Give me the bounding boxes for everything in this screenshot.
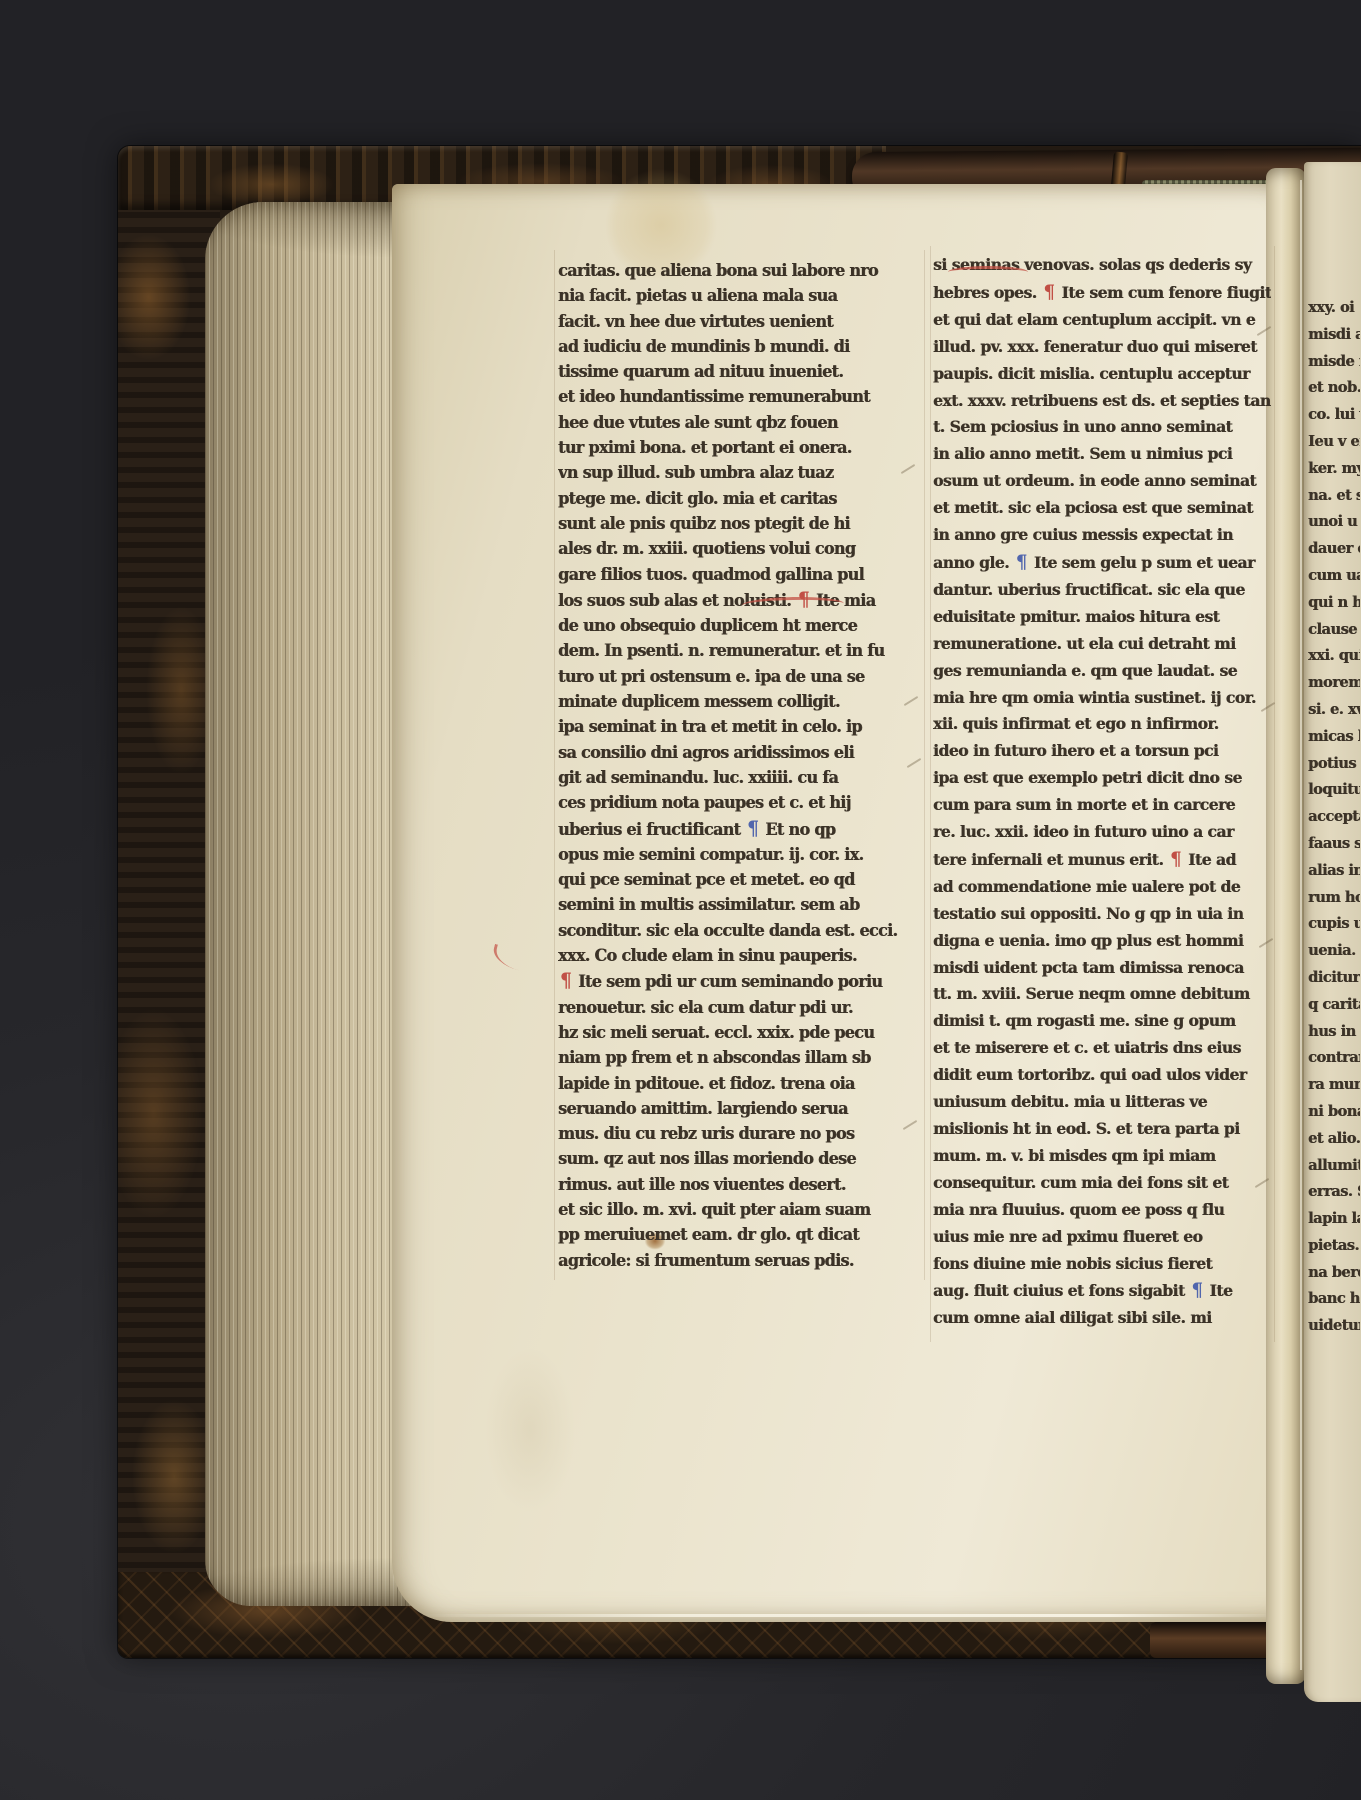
text-line: morem a bbox=[1308, 669, 1358, 696]
text-line: ces pridium nota paupes et c. et hij bbox=[558, 790, 911, 815]
text-line: hee due vtutes ale sunt qbz fouen bbox=[558, 410, 911, 435]
text-line: nia facit. pietas u aliena mala sua bbox=[558, 283, 911, 308]
text-line: facit. vn hee due virtutes uenient bbox=[558, 309, 911, 334]
text-line: xxy. oi bbox=[1308, 294, 1358, 321]
text-line: mus. diu cu rebz uris durare no pos bbox=[558, 1121, 911, 1146]
text-line: et ideo hundantissime remunerabunt bbox=[558, 384, 911, 409]
text-column-left: caritas. que aliena bona sui labore nron… bbox=[558, 258, 922, 1272]
text-line: et metit. sic ela pciosa est que seminat bbox=[933, 495, 1261, 522]
text-line: niam pp frem et n abscondas illam sb bbox=[558, 1045, 911, 1070]
text-line: turo ut pri ostensum e. ipa de una se bbox=[558, 664, 911, 689]
text-line: de uno obsequio duplicem ht merce bbox=[558, 613, 911, 638]
text-line: agricole: si frumentum seruas pdis. bbox=[558, 1248, 911, 1272]
text-line: los suos sub alas et noluisti. ¶ Ite mia bbox=[558, 587, 911, 613]
text-line: misdi uident pcta tam dimissa renoca bbox=[933, 955, 1261, 982]
text-line: minate duplicem messem colligit. bbox=[558, 689, 911, 714]
text-line: mia nra fluuius. quom ee poss q flu bbox=[933, 1197, 1261, 1224]
text-line: tur pximi bona. et portant ei onera. bbox=[558, 435, 911, 460]
text-line: cupis uo bbox=[1308, 910, 1358, 937]
text-line: in anno gre cuius messis expectat in bbox=[933, 522, 1261, 549]
text-line: cum ua bbox=[1308, 562, 1358, 589]
text-line: lapin lar bbox=[1308, 1205, 1358, 1232]
text-line: qui n hec bbox=[1308, 589, 1358, 616]
text-line: co. lui vr bbox=[1308, 401, 1358, 428]
text-line: et nob. p bbox=[1308, 374, 1358, 401]
text-line: aug. fluit ciuius et fons sigabit ¶ Ite bbox=[933, 1277, 1261, 1305]
parchment-stain bbox=[470, 1320, 590, 1540]
text-line: ext. xxxv. retribuens est ds. et septies… bbox=[933, 388, 1261, 415]
text-line: renouetur. sic ela cum datur pdi ur. bbox=[558, 995, 911, 1020]
manuscript-photograph: caritas. que aliena bona sui labore nron… bbox=[0, 0, 1361, 1800]
text-line: et qui dat elam centuplum accipit. vn e bbox=[933, 307, 1261, 334]
text-column-right: si seminas venovas. solas qs dederis syh… bbox=[933, 252, 1271, 1332]
text-line: git ad seminandu. luc. xxiiii. cu fa bbox=[558, 765, 911, 790]
text-line: testatio sui oppositi. No g qp in uia in bbox=[933, 901, 1261, 928]
text-line: ad commendatione mie ualere pot de bbox=[933, 874, 1261, 901]
text-line: et te miserere et c. et uiatris dns eius bbox=[933, 1035, 1261, 1062]
text-line: dauer e. ¶ bbox=[1308, 535, 1358, 562]
text-line: caritas. que aliena bona sui labore nro bbox=[558, 258, 911, 283]
gutter-highlight-line bbox=[1300, 180, 1302, 1670]
text-line: ni bona l bbox=[1308, 1098, 1358, 1125]
text-line: sunt ale pnis quibz nos ptegit de hi bbox=[558, 511, 911, 536]
red-paraph-mark: ¶ bbox=[1168, 848, 1183, 870]
text-line: uniusum debitu. mia u litteras ve bbox=[933, 1089, 1261, 1116]
text-line: uius mie nre ad pximu flueret eo bbox=[933, 1224, 1261, 1251]
text-line: et alio. q bbox=[1308, 1125, 1358, 1152]
text-line: banc ht bbox=[1308, 1285, 1358, 1312]
text-line: clause bbox=[1308, 616, 1358, 643]
text-line: tt. m. xviii. Serue neqm omne debitum bbox=[933, 981, 1261, 1008]
text-line: in alio anno metit. Sem u nimius pci bbox=[933, 441, 1261, 468]
text-line: dimisi t. qm rogasti me. sine g opum bbox=[933, 1008, 1261, 1035]
text-line: loquitur bbox=[1308, 776, 1358, 803]
text-line: ra munda bbox=[1308, 1071, 1358, 1098]
text-line: anno gle. ¶ Ite sem gelu p sum et uear bbox=[933, 549, 1261, 577]
text-line: rimus. aut ille nos viuentes desert. bbox=[558, 1172, 911, 1197]
red-paraph-mark: ¶ bbox=[558, 969, 573, 992]
ruling-line bbox=[930, 246, 931, 1342]
text-line: hebres opes. ¶ Ite sem cum fenore fiugit bbox=[933, 279, 1261, 307]
text-line: dantur. uberius fructificat. sic ela que bbox=[933, 577, 1261, 604]
text-line: uberius ei fructificant ¶ Et no qp bbox=[558, 816, 911, 842]
text-line: si. e. xvi. bbox=[1308, 696, 1358, 723]
text-line: uenia. q bbox=[1308, 937, 1358, 964]
text-line: remuneratione. ut ela cui detraht mi bbox=[933, 631, 1261, 658]
text-line: uidetur. bbox=[1308, 1312, 1358, 1339]
text-line: tissime quarum ad nituu inueniet. bbox=[558, 359, 911, 384]
text-line: cum para sum in morte et in carcere bbox=[933, 792, 1261, 819]
text-line: na. et si di bbox=[1308, 482, 1358, 509]
text-line: micas le bbox=[1308, 723, 1358, 750]
ruling-line bbox=[1274, 246, 1275, 1342]
text-line: misde n bbox=[1308, 348, 1358, 375]
text-line: alias inte bbox=[1308, 857, 1358, 884]
text-line: t. Sem pciosius in uno anno seminat bbox=[933, 414, 1261, 441]
text-line: sa consilio dni agros aridissimos eli bbox=[558, 740, 911, 765]
text-line: fons diuine mie nobis sicius fieret bbox=[933, 1251, 1261, 1278]
text-line: xii. quis infirmat et ego n infirmor. bbox=[933, 711, 1261, 738]
text-line: vn sup illud. sub umbra alaz tuaz bbox=[558, 460, 911, 485]
text-line: ad iudiciu de mundinis b mundi. di bbox=[558, 334, 911, 359]
text-line: illud. pv. xxx. feneratur duo qui misere… bbox=[933, 334, 1261, 361]
text-line: xxx. Co clude elam in sinu pauperis. bbox=[558, 943, 911, 968]
page-bottom-edge-highlight bbox=[420, 1614, 1280, 1617]
text-line: mia hre qm omia wintia sustinet. ij cor. bbox=[933, 685, 1261, 712]
text-line: ¶ Ite sem pdi ur cum seminando poriu bbox=[558, 968, 911, 994]
text-line: semini in multis assimilatur. sem ab bbox=[558, 892, 911, 917]
text-line: hus in ex bbox=[1308, 1018, 1358, 1045]
text-line: paupis. dicit mislia. centuplu acceptur bbox=[933, 361, 1261, 388]
ruling-line bbox=[924, 250, 925, 1280]
text-line: faaus si o bbox=[1308, 830, 1358, 857]
text-line: et sic illo. m. xvi. quit pter aiam suam bbox=[558, 1197, 911, 1222]
text-line: xxi. qui bbox=[1308, 642, 1358, 669]
text-line: sum. qz aut nos illas moriendo dese bbox=[558, 1146, 911, 1171]
text-line: na berde bbox=[1308, 1259, 1358, 1286]
text-line: ideo in futuro ihero et a torsun pci bbox=[933, 738, 1261, 765]
text-line: consequitur. cum mia dei fons sit et bbox=[933, 1170, 1261, 1197]
blue-paraph-mark: ¶ bbox=[1014, 551, 1029, 573]
text-line: contrarie bbox=[1308, 1044, 1358, 1071]
text-line: ker. my. lo bbox=[1308, 455, 1358, 482]
text-line: allumit bbox=[1308, 1152, 1358, 1179]
text-line: hz sic meli seruat. eccl. xxix. pde pecu bbox=[558, 1020, 911, 1045]
text-line: seruando amittim. largiendo serua bbox=[558, 1096, 911, 1121]
text-line: dem. In psenti. n. remuneratur. et in fu bbox=[558, 638, 911, 663]
text-line: gare filios tuos. quadmod gallina pul bbox=[558, 562, 911, 587]
red-paraph-mark: ¶ bbox=[1042, 281, 1057, 303]
text-line: erras. S bbox=[1308, 1178, 1358, 1205]
ruling-line bbox=[554, 250, 555, 1280]
blue-paraph-mark: ¶ bbox=[1190, 1279, 1205, 1301]
text-line: ptege me. dicit glo. mia et caritas bbox=[558, 486, 911, 511]
text-line: ipa seminat in tra et metit in celo. ip bbox=[558, 714, 911, 739]
text-line: re. luc. xxii. ideo in futuro uino a car bbox=[933, 819, 1261, 846]
text-line: potius s bbox=[1308, 750, 1358, 777]
text-column-next-page: xxy. oimisdi a dmisde net nob. pco. lui … bbox=[1308, 294, 1360, 1344]
text-line: mum. m. v. bi misdes qm ipi miam bbox=[933, 1143, 1261, 1170]
text-line: pietas. re bbox=[1308, 1232, 1358, 1259]
text-line: qui pce seminat pce et metet. eo qd bbox=[558, 867, 911, 892]
text-line: ipa est que exemplo petri dicit dno se bbox=[933, 765, 1261, 792]
text-line: ales dr. m. xxiii. quotiens volui cong bbox=[558, 536, 911, 561]
text-line: dicitur a bbox=[1308, 964, 1358, 991]
text-line: sconditur. sic ela occulte danda est. ec… bbox=[558, 918, 911, 943]
text-line: misdi a d bbox=[1308, 321, 1358, 348]
text-line: q caritas bbox=[1308, 991, 1358, 1018]
text-line: Ieu v eil m bbox=[1308, 428, 1358, 455]
blue-paraph-mark: ¶ bbox=[745, 817, 760, 840]
text-line: pp meruiuemet eam. dr glo. qt dicat bbox=[558, 1222, 911, 1247]
text-line: opus mie semini compatur. ij. cor. ix. bbox=[558, 842, 911, 867]
text-line: rum hoc bbox=[1308, 884, 1358, 911]
text-line: lapide in pditoue. et fidoz. trena oia bbox=[558, 1071, 911, 1096]
text-line: accepta bbox=[1308, 803, 1358, 830]
text-line: cum omne aial diligat sibi sile. mi bbox=[933, 1305, 1261, 1332]
text-line: tere infernali et munus erit. ¶ Ite ad bbox=[933, 846, 1261, 874]
text-line: ges remunianda e. qm que laudat. se bbox=[933, 658, 1261, 685]
text-line: unoi u bbox=[1308, 508, 1358, 535]
text-line: eduisitate pmitur. maios hitura est bbox=[933, 604, 1261, 631]
red-flourish bbox=[948, 266, 1028, 278]
red-flourish bbox=[742, 596, 844, 613]
text-line: mislionis ht in eod. S. et tera parta pi bbox=[933, 1116, 1261, 1143]
text-line: osum ut ordeum. in eode anno seminat bbox=[933, 468, 1261, 495]
text-line: didit eum tortoribz. qui oad ulos vider bbox=[933, 1062, 1261, 1089]
text-line: digna e uenia. imo qp plus est hommi bbox=[933, 928, 1261, 955]
